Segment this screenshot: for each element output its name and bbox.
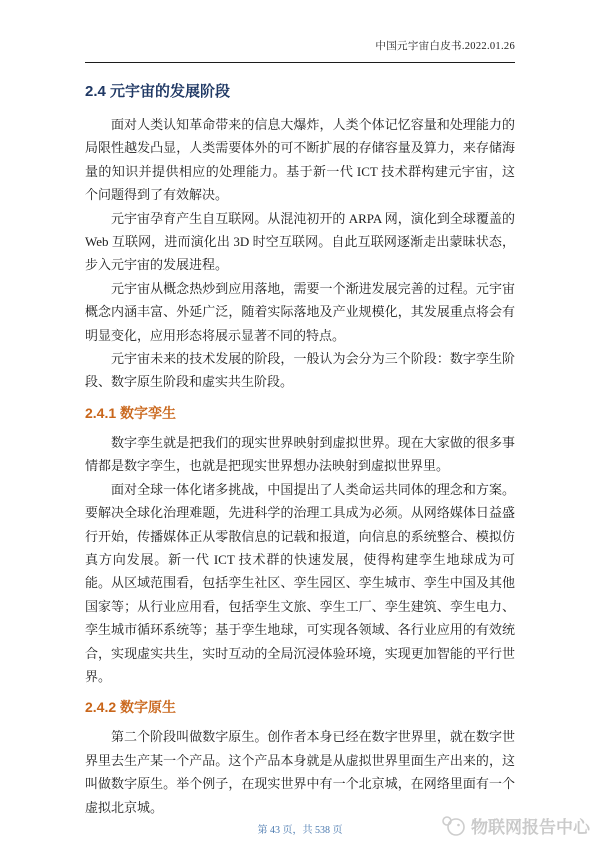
section-heading-2-4: 2.4 元宇宙的发展阶段: [85, 80, 515, 101]
subsection-heading-2-4-2: 2.4.2 数字原生: [85, 697, 515, 717]
paragraph: 元宇宙孕育产生自互联网。从混沌初开的 ARPA 网，演化到全球覆盖的 Web 互…: [85, 207, 515, 277]
paragraph: 元宇宙未来的技术发展的阶段，一般认为会分为三个阶段：数字孪生阶段、数字原生阶段和…: [85, 347, 515, 394]
watermark: 物联网报告中心: [441, 813, 590, 838]
paragraph: 面对全球一体化诸多挑战，中国提出了人类命运共同体的理念和方案。要解决全球化治理难…: [85, 478, 515, 689]
watermark-label: 物联网报告中心: [471, 813, 590, 838]
iot-report-center-logo-icon: [441, 815, 467, 837]
paragraph: 元宇宙从概念热炒到应用落地，需要一个渐进发展完善的过程。元宇宙概念内涵丰富、外延…: [85, 277, 515, 347]
subsection-heading-2-4-1: 2.4.1 数字孪生: [85, 403, 515, 423]
paragraph: 数字孪生就是把我们的现实世界映射到虚拟世界。现在大家做的很多事情都是数字孪生，也…: [85, 431, 515, 478]
header-rule: [85, 62, 515, 63]
document-content: 中国元宇宙白皮书.2022.01.26 2.4 元宇宙的发展阶段 面对人类认知革…: [0, 0, 600, 836]
paragraph: 第二个阶段叫做数字原生。创作者本身已经在数字世界里，就在数字世界里去生产某一个产…: [85, 725, 515, 819]
document-page: 中国元宇宙白皮书.2022.01.26 2.4 元宇宙的发展阶段 面对人类认知革…: [0, 0, 600, 848]
paragraph: 面对人类认知革命带来的信息大爆炸，人类个体记忆容量和处理能力的局限性越发凸显，人…: [85, 113, 515, 207]
header-title: 中国元宇宙白皮书.2022.01.26: [85, 38, 515, 53]
